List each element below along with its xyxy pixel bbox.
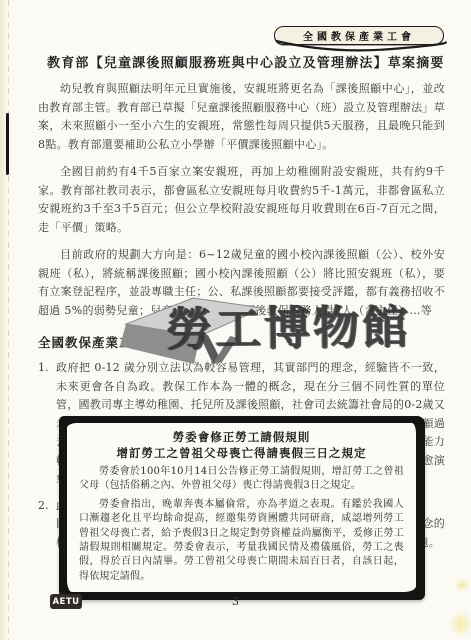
notice-box: 勞委會修正勞工請假規則 增訂勞工之曾祖父母喪亡得請喪假三日之規定 勞委會於100… <box>59 416 425 600</box>
scan-edge-line <box>8 0 9 640</box>
paragraph-intro: 幼兒教育與照顧法明年元旦實施後，安親班將更名為「課後照顧中心」，並改由教育部主管… <box>38 80 445 154</box>
notice-title-line1: 勞委會修正勞工請假規則 <box>79 430 404 446</box>
paragraph-policy-direction: 目前政府的規劃大方向是：6~12歲兒童的國小校內課後照顧（公）、校外安親班（私）… <box>38 246 445 320</box>
notice-paragraph-2: 勞委會指出，晚輩奔喪本屬倫常，亦為孝道之表現。有鑑於我國人口漸趨老化且平均餘命提… <box>79 498 404 584</box>
notice-title-line2: 增訂勞工之曾祖父母喪亡得請喪假三日之規定 <box>79 446 404 462</box>
notice-box-inner: 勞委會修正勞工請假規則 增訂勞工之曾祖父母喪亡得請喪假三日之規定 勞委會於100… <box>67 423 416 592</box>
section-heading-union-opinion: 全國教保產業工會認為： <box>38 333 445 351</box>
scan-smudge <box>449 610 471 638</box>
list-number: 2. <box>38 497 52 553</box>
scan-edge-dark-mark <box>6 113 9 175</box>
page-title: 教育部【兒童課後照顧服務班與中心設立及管理辦法】草案摘要 <box>38 52 445 71</box>
notice-title-block: 勞委會修正勞工請假規則 增訂勞工之曾祖父母喪亡得請喪假三日之規定 <box>79 430 404 461</box>
list-number: 1. <box>38 359 52 489</box>
scan-smudge <box>454 578 470 592</box>
page-number: 3 <box>0 595 471 608</box>
paragraph-statistics: 全國目前約有4千5百家立案安親班，再加上幼稚園附設安親班，共有約9千家。教育部社… <box>38 163 445 237</box>
scanned-document-page: 全國教保產業工會 教育部【兒童課後照顧服務班與中心設立及管理辦法】草案摘要 幼兒… <box>0 0 471 640</box>
notice-paragraph-1: 勞委會於100年10月14日公告修正勞工請假規則，增訂勞工之曾祖父母（包括俗稱之… <box>79 465 404 494</box>
